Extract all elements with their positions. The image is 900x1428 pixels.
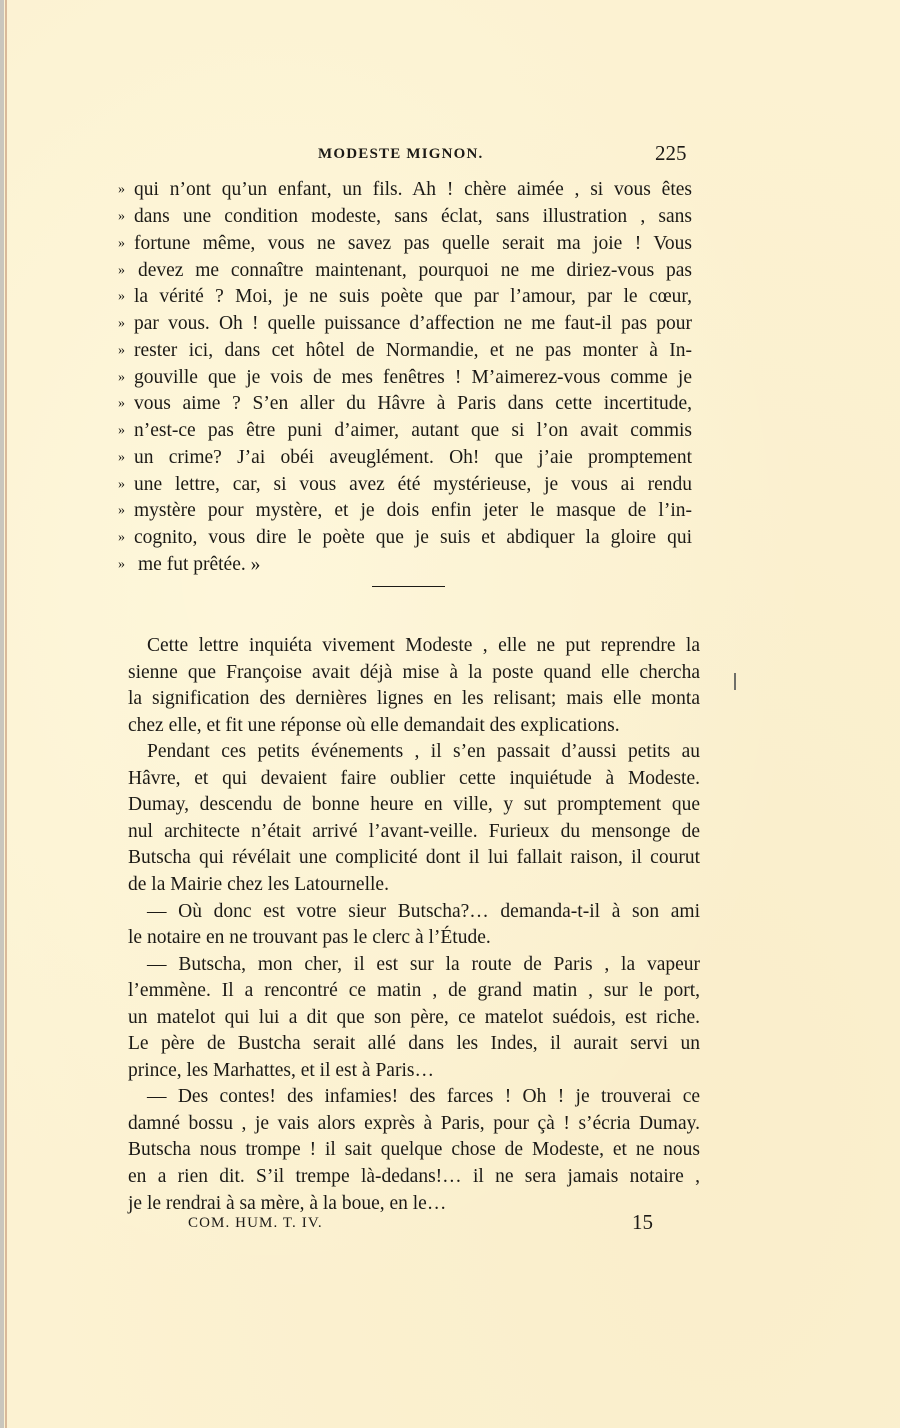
body-line: damné bossu , je vais alors exprès à Par… [128, 1111, 700, 1137]
letter-line: fortune même, vous ne savez pas quelle s… [134, 231, 692, 257]
letter-line: cognito, vous dire le poète que je suis … [134, 525, 692, 551]
page-number: 225 [655, 141, 687, 166]
signature-mark: COM. HUM. T. IV. [188, 1215, 323, 1232]
quote-mark: » [118, 204, 125, 230]
running-head: MODESTE MIGNON. [318, 146, 484, 163]
quote-mark: » [118, 311, 125, 337]
body-line: — Où donc est votre sieur Butscha?… dema… [147, 899, 700, 925]
body-line: — Butscha, mon cher, il est sur la route… [147, 952, 700, 978]
letter-line: qui n’ont qu’un enfant, un fils. Ah ! ch… [134, 177, 692, 203]
letter-line: un crime? J’ai obéi aveuglément. Oh! que… [134, 445, 692, 471]
page-edge-line [5, 0, 7, 1428]
body-line: Le père de Bustcha serait allé dans les … [128, 1031, 700, 1057]
letter-line: mystère pour mystère, et je dois enfin j… [134, 498, 692, 524]
quote-mark: » [118, 498, 125, 524]
letter-line: dans une condition modeste, sans éclat, … [134, 204, 692, 230]
quote-mark: » [118, 177, 125, 203]
page-edge-shadow [0, 0, 4, 1428]
letter-line: devez me connaître maintenant, pourquoi … [138, 258, 692, 284]
quote-mark: » [118, 391, 125, 417]
quote-mark: » [118, 338, 125, 364]
body-line: je le rendrai à sa mère, à la boue, en l… [128, 1191, 446, 1217]
body-line: de la Mairie chez les Latournelle. [128, 872, 389, 898]
quote-mark: » [118, 552, 125, 578]
body-line: Hâvre, et qui devaient faire oublier cet… [128, 766, 700, 792]
signature-number: 15 [632, 1210, 653, 1235]
letter-line: par vous. Oh ! quelle puissance d’affect… [134, 311, 692, 337]
body-line: le notaire en ne trouvant pas le clerc à… [128, 925, 491, 951]
quote-mark: » [118, 418, 125, 444]
section-separator [372, 586, 445, 587]
body-line: la signification des dernières lignes en… [128, 686, 700, 712]
quote-mark: » [118, 365, 125, 391]
quote-mark: » [118, 525, 125, 551]
body-line: prince, les Marhattes, et il est à Paris… [128, 1058, 434, 1084]
letter-line: la vérité ? Moi, je ne suis poète que pa… [134, 284, 692, 310]
letter-line: n’est-ce pas être puni d’aimer, autant q… [134, 418, 692, 444]
letter-line: vous aime ? S’en aller du Hâvre à Paris … [134, 391, 692, 417]
body-line: — Des contes! des infamies! des farces !… [147, 1084, 700, 1110]
letter-line: me fut prêtée. » [138, 552, 260, 578]
body-line: Pendant ces petits événements , il s’en … [147, 739, 700, 765]
letter-line: gouville que je vois de mes fenêtres ! M… [134, 365, 692, 391]
letter-line: rester ici, dans cet hôtel de Normandie,… [134, 338, 692, 364]
margin-mark [734, 673, 736, 690]
body-line: Cette lettre inquiéta vivement Modeste ,… [147, 633, 700, 659]
quote-mark: » [118, 472, 125, 498]
body-line: chez elle, et fit une réponse où elle de… [128, 713, 620, 739]
body-line: Butscha nous trompe ! il sait quelque ch… [128, 1137, 700, 1163]
body-line: en a rien dit. S’il trempe là-dedans!… i… [128, 1164, 700, 1190]
body-line: Butscha qui révélait une complicité dont… [128, 845, 700, 871]
body-line: nul architecte n’était arrivé l’avant-ve… [128, 819, 700, 845]
letter-line: une lettre, car, si vous avez été mystér… [134, 472, 692, 498]
quote-mark: » [118, 258, 125, 284]
body-line: Dumay, descendu de bonne heure en ville,… [128, 792, 700, 818]
quote-mark: » [118, 231, 125, 257]
body-line: un matelot qui lui a dit que son père, c… [128, 1005, 700, 1031]
quote-mark: » [118, 445, 125, 471]
body-line: sienne que Françoise avait déjà mise à l… [128, 660, 700, 686]
body-line: l’emmène. Il a rencontré ce matin , de g… [128, 978, 700, 1004]
quote-mark: » [118, 284, 125, 310]
book-page: MODESTE MIGNON. 225 »qui n’ont qu’un enf… [0, 0, 900, 1428]
